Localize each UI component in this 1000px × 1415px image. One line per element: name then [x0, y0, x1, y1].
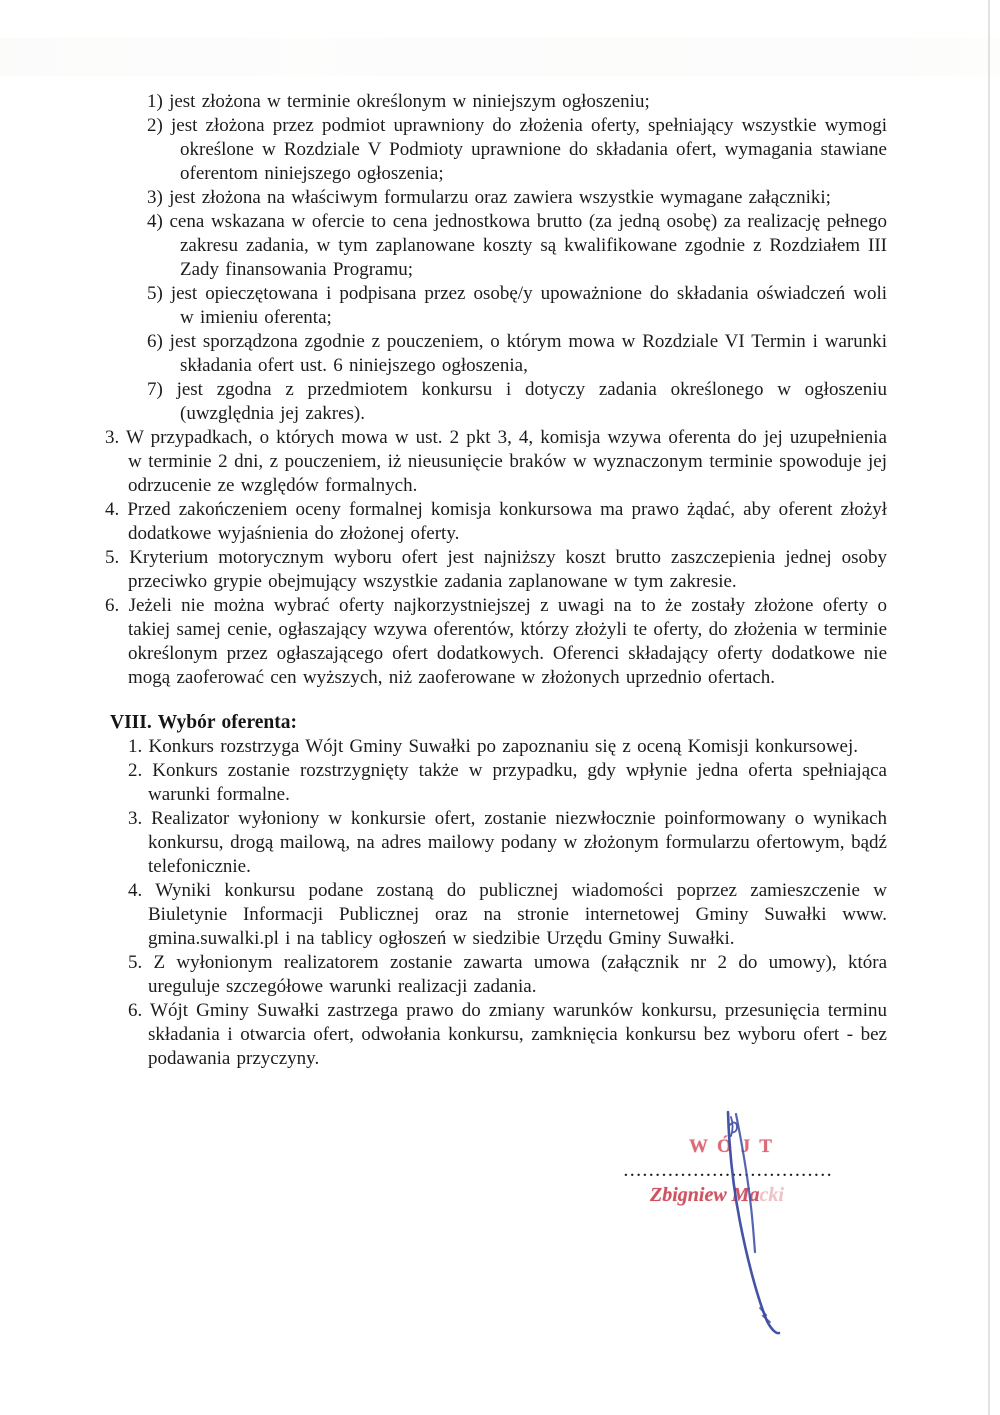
- scan-artifact-band: [0, 38, 1000, 76]
- list-item: 4) cena wskazana w ofercie to cena jedno…: [147, 210, 887, 282]
- list-item-number: 2): [147, 115, 163, 136]
- list-item-text: jest złożona w terminie określonym w nin…: [169, 91, 650, 112]
- list-item-number: 4): [147, 211, 163, 232]
- list-item: 2. Konkurs zostanie rozstrzygnięty także…: [128, 759, 887, 807]
- criteria-sublist: 1) jest złożona w terminie określonym w …: [105, 90, 887, 426]
- list-item-text: Wójt Gminy Suwałki zastrzega prawo do zm…: [148, 1000, 887, 1069]
- list-item-text: jest złożona przez podmiot uprawniony do…: [171, 115, 887, 184]
- signature-stroke: [760, 1308, 770, 1322]
- list-item-text: jest sporządzona zgodnie z pouczeniem, o…: [170, 331, 887, 376]
- stamp-name-visible: Zbigniew Ma: [650, 1184, 759, 1206]
- document-body: 1) jest złożona w terminie określonym w …: [105, 90, 887, 1071]
- list-item-text: Kryterium motorycznym wyboru ofert jest …: [128, 547, 887, 592]
- list-item: 5. Z wyłonionym realizatorem zostanie za…: [128, 951, 887, 999]
- list-item: 7) jest zgodna z przedmiotem konkursu i …: [147, 378, 887, 426]
- list-item-text: Konkurs zostanie rozstrzygnięty także w …: [148, 760, 887, 805]
- stamp-name-faded: cki: [759, 1184, 783, 1206]
- list-item-text: jest złożona na właściwym formularzu ora…: [169, 187, 831, 208]
- section-heading: VIII. Wybór oferenta:: [110, 711, 887, 735]
- list-item: 1) jest złożona w terminie określonym w …: [147, 90, 887, 114]
- selection-list: 1. Konkurs rozstrzyga Wójt Gminy Suwałki…: [105, 735, 887, 1071]
- list-item-number: 1.: [128, 736, 142, 757]
- list-item-number: 5.: [105, 547, 119, 568]
- list-item-number: 1): [147, 91, 163, 112]
- list-item: 5) jest opieczętowana i podpisana przez …: [147, 282, 887, 330]
- stamp-name: Zbigniew Macki: [650, 1184, 870, 1207]
- list-item-number: 4.: [128, 880, 142, 901]
- list-item-text: jest opieczętowana i podpisana przez oso…: [171, 283, 887, 328]
- list-item: 3. W przypadkach, o których mowa w ust. …: [105, 426, 887, 498]
- list-item: 4. Wyniki konkursu podane zostaną do pub…: [128, 879, 887, 951]
- list-item-number: 3.: [105, 427, 119, 448]
- list-item-number: 5): [147, 283, 163, 304]
- list-item-text: Realizator wyłoniony w konkursie ofert, …: [148, 808, 887, 877]
- scanned-document-page: 1) jest złożona w terminie określonym w …: [0, 0, 1000, 1415]
- list-item-text: Z wyłonionym realizatorem zostanie zawar…: [148, 952, 887, 997]
- list-item: 2) jest złożona przez podmiot uprawniony…: [147, 114, 887, 186]
- signature-block: WÓJT ................................. Z…: [600, 1136, 870, 1207]
- list-item: 1. Konkurs rozstrzyga Wójt Gminy Suwałki…: [128, 735, 887, 759]
- list-item: 3) jest złożona na właściwym formularzu …: [147, 186, 887, 210]
- list-item-text: cena wskazana w ofercie to cena jednostk…: [170, 211, 888, 280]
- list-item: 6) jest sporządzona zgodnie z pouczeniem…: [147, 330, 887, 378]
- list-item-number: 6): [147, 331, 163, 352]
- list-item: 6. Wójt Gminy Suwałki zastrzega prawo do…: [128, 999, 887, 1071]
- procedure-list: 3. W przypadkach, o których mowa w ust. …: [105, 426, 887, 690]
- list-item-number: 6.: [105, 595, 119, 616]
- signature-dotted-line: .................................: [624, 1167, 836, 1177]
- scan-edge-line: [988, 0, 990, 1415]
- list-item-number: 3.: [128, 808, 142, 829]
- list-item-number: 3): [147, 187, 163, 208]
- list-item: 5. Kryterium motorycznym wyboru ofert je…: [105, 546, 887, 594]
- signature-stroke: [730, 1117, 737, 1136]
- list-item-number: 7): [147, 379, 163, 400]
- list-item-text: Przed zakończeniem oceny formalnej komis…: [127, 499, 887, 544]
- list-item-number: 4.: [105, 499, 119, 520]
- list-item: 4. Przed zakończeniem oceny formalnej ko…: [105, 498, 887, 546]
- list-item: 6. Jeżeli nie można wybrać oferty najkor…: [105, 594, 887, 690]
- list-item-number: 5.: [128, 952, 142, 973]
- list-item-text: Konkurs rozstrzyga Wójt Gminy Suwałki po…: [149, 736, 859, 757]
- list-item-text: jest zgodna z przedmiotem konkursu i dot…: [177, 379, 887, 424]
- list-item-number: 2.: [128, 760, 142, 781]
- list-item-text: Jeżeli nie można wybrać oferty najkorzys…: [128, 595, 887, 688]
- list-item-text: Wyniki konkursu podane zostaną do public…: [148, 880, 887, 949]
- stamp-title: WÓJT: [600, 1136, 870, 1158]
- list-item: 3. Realizator wyłoniony w konkursie ofer…: [128, 807, 887, 879]
- list-item-number: 6.: [128, 1000, 142, 1021]
- list-item-text: W przypadkach, o których mowa w ust. 2 p…: [126, 427, 887, 496]
